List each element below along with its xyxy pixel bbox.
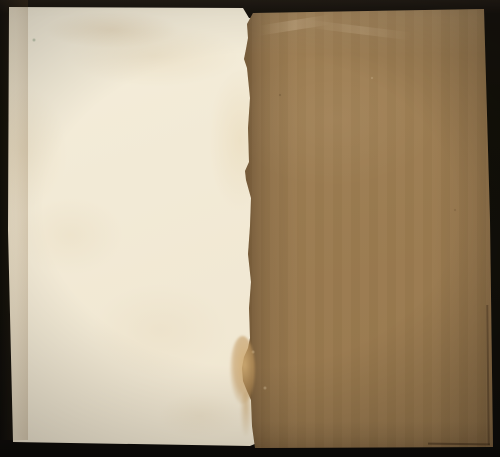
seam-glue-stain-tail [240,392,252,436]
seam-shadow [0,0,28,440]
book-scan-photo [0,0,500,457]
